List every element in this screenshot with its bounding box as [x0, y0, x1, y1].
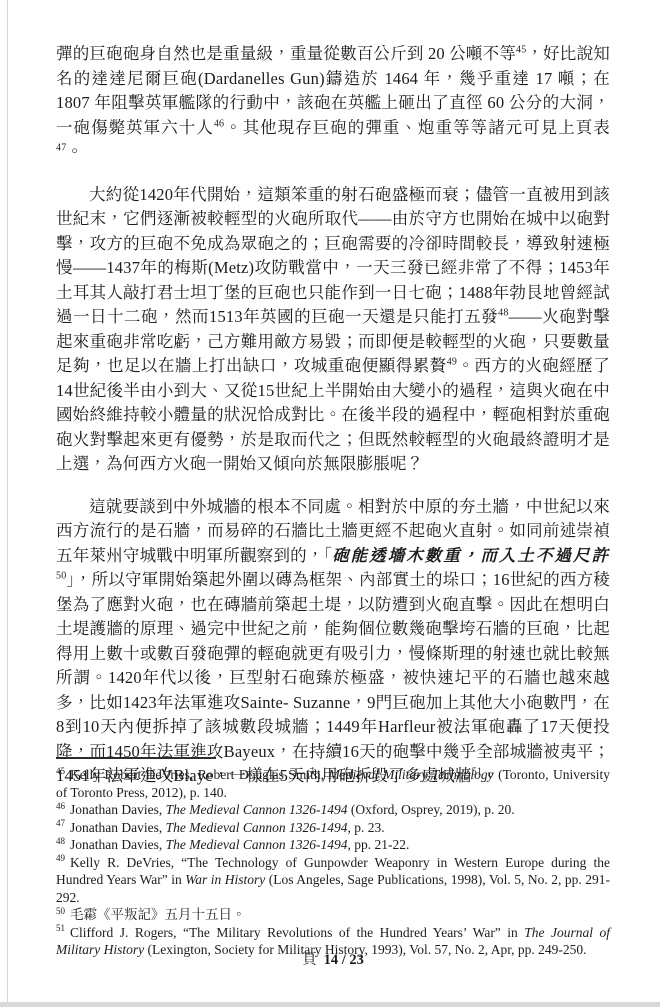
paragraph: 這就要談到中外城牆的根本不同處。相對於中原的夯土牆，中世紀以來西方流行的是石牆，…: [56, 495, 610, 789]
footnote: 50毛霦《平叛記》五月十五日。: [56, 906, 610, 924]
work-title: The Medieval Cannon 1326-1494: [166, 802, 348, 817]
footnote-number: 50: [56, 906, 65, 916]
footnote: 47Jonathan Davies, The Medieval Cannon 1…: [56, 819, 610, 837]
footnote-ref: 48: [498, 308, 508, 319]
footnote-number: 49: [56, 853, 65, 863]
footnote-separator: [56, 757, 216, 759]
page-number: 14 / 23: [324, 952, 364, 968]
page-footer-label: 頁: [302, 952, 317, 968]
footnote-ref: 47: [56, 143, 66, 154]
footnote-number: 45: [56, 766, 65, 776]
paragraph: 大約從1420年代開始，這類笨重的射石砲盛極而衰；儘管一直被用到該世紀末，它們逐…: [56, 183, 610, 477]
page-bottom-edge: [0, 1002, 660, 1007]
footnote-ref: 49: [447, 357, 457, 368]
footnote-number: 46: [56, 801, 65, 811]
footnote: 49Kelly R. DeVries, “The Technology of G…: [56, 854, 610, 907]
footnote: 45Kelly Robert DeVries, Robert Douglas S…: [56, 766, 610, 801]
footnotes-section: 45Kelly Robert DeVries, Robert Douglas S…: [56, 757, 610, 959]
body-text: 彈的巨砲砲身自然也是重量級，重量從數百公斤到 20 公噸不等45，好比說知名的達…: [56, 42, 610, 789]
footnote: 46Jonathan Davies, The Medieval Cannon 1…: [56, 801, 610, 819]
quoted-text: 砲能透墻木數重，而入土不過尺許: [332, 546, 610, 565]
footnote-number: 47: [56, 818, 65, 828]
footnote: 48Jonathan Davies, The Medieval Cannon 1…: [56, 836, 610, 854]
work-title: War in History: [185, 872, 265, 887]
paragraph: 彈的巨砲砲身自然也是重量級，重量從數百公斤到 20 公噸不等45，好比說知名的達…: [56, 42, 610, 165]
page-left-edge: [7, 0, 8, 1007]
page-footer: 頁14 / 23: [56, 948, 610, 969]
footnote-ref: 45: [516, 45, 526, 56]
footnote-number: 51: [56, 923, 65, 933]
footnote-ref: 46: [214, 118, 224, 129]
footnote-number: 48: [56, 836, 65, 846]
work-title: The Medieval Cannon 1326-1494: [166, 837, 348, 852]
work-title: Medieval Military Technology: [328, 767, 493, 782]
footnote-ref: 50: [56, 571, 66, 582]
work-title: The Medieval Cannon 1326-1494: [166, 820, 348, 835]
document-page: 彈的巨砲砲身自然也是重量級，重量從數百公斤到 20 公噸不等45，好比說知名的達…: [0, 0, 660, 1007]
footnote-list: 45Kelly Robert DeVries, Robert Douglas S…: [56, 766, 610, 959]
